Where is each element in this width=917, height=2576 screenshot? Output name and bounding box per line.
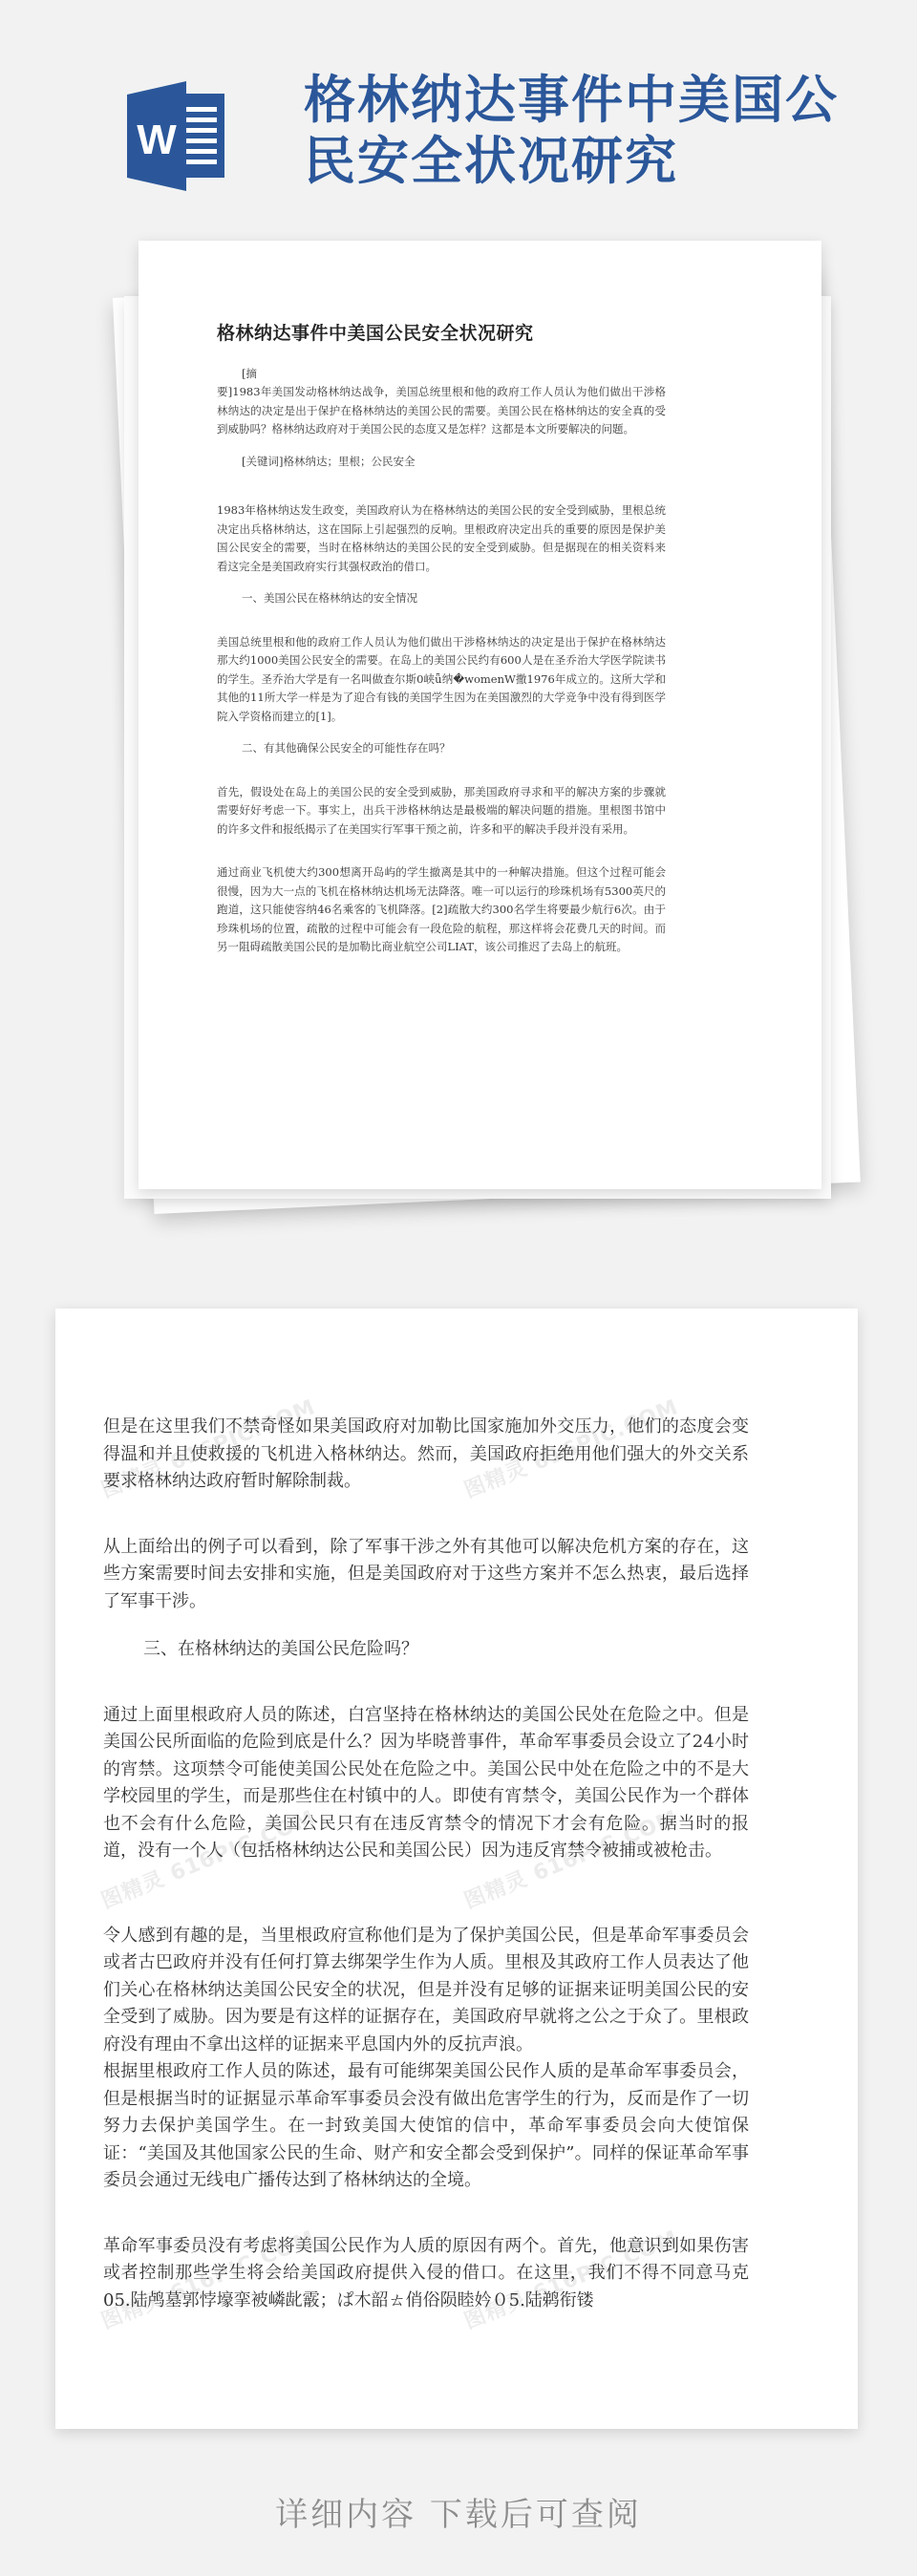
page-1-content: 格林纳达事件中美国公民安全状况研究 [摘 要]1983年美国发动格林纳达战争，美… — [217, 325, 666, 957]
download-prompt: 详细内容 下载后可查阅 — [0, 2488, 917, 2535]
paragraph: 通过商业飞机使大约300想离开岛屿的学生撤离是其中的一种解决措施。但这个过程可能… — [217, 863, 666, 957]
paragraph: 从上面给出的例子可以看到，除了军事干涉之外有其他可以解决危机方案的存在，这些方案… — [103, 1534, 749, 1616]
svg-text:W: W — [137, 117, 177, 163]
paragraph: 根据里根政府工作人员的陈述，最有可能绑架美国公民作人质的是革命军事委员会，但是根… — [103, 2058, 749, 2195]
section-heading-2: 二、有其他确保公民安全的可能性存在吗？ — [217, 739, 666, 758]
paragraph: 革命军事委员没有考虑将美国公民作为人质的原因有两个。首先，他意识到如果伤害或者控… — [103, 2233, 749, 2315]
paragraph: 令人感到有趣的是，当里根政府宣称他们是为了保护美国公民，但是革命军事委员会或者古… — [103, 1923, 749, 2059]
keywords: [关键词]格林纳达；里根；公民安全 — [217, 453, 666, 472]
paragraph: 首先，假设处在岛上的美国公民的安全受到威胁，那美国政府寻求和平的解决方案的步骤就… — [217, 783, 666, 840]
paragraph: 通过上面里根政府人员的陈述，白宫坚持在格林纳达的美国公民处在危险之中。但是美国公… — [103, 1702, 749, 1865]
document-title: 格林纳达事件中美国公民安全状况研究 — [217, 325, 666, 344]
page-2-content: 但是在这里我们不禁奇怪如果美国政府对加勒比国家施加外交压力，他们的态度会变得温和… — [103, 1414, 749, 2314]
word-doc-icon: W — [127, 81, 230, 191]
header: W 格林纳达事件中美国公 民安全状况研究 — [0, 0, 917, 220]
page-title: 格林纳达事件中美国公 民安全状况研究 — [304, 69, 839, 191]
section-heading-3: 三、在格林纳达的美国公民危险吗？ — [103, 1636, 749, 1664]
paragraph: 美国总统里根和他的政府工作人员认为他们做出干涉格林纳达的决定是出于保护在格林纳达… — [217, 633, 666, 727]
paragraph: 但是在这里我们不禁奇怪如果美国政府对加勒比国家施加外交压力，他们的态度会变得温和… — [103, 1414, 749, 1496]
document-page-1: 格林纳达事件中美国公民安全状况研究 [摘 要]1983年美国发动格林纳达战争，美… — [139, 241, 821, 1189]
section-heading-1: 一、美国公民在格林纳达的安全情况 — [217, 589, 666, 608]
title-line-2: 民安全状况研究 — [304, 130, 839, 191]
paragraph: 1983年格林纳达发生政变，美国政府认为在格林纳达的美国公民的安全受到威胁，里根… — [217, 501, 666, 576]
title-line-1: 格林纳达事件中美国公 — [304, 69, 839, 130]
abstract-label: [摘 — [217, 365, 666, 384]
document-page-2: 图精灵 616PIC.COM 图精灵 616PIC.COM 图精灵 616PIC… — [55, 1309, 858, 2429]
abstract-text: 要]1983年美国发动格林纳达战争，美国总统里根和他的政府工作人员认为他们做出干… — [217, 383, 666, 439]
